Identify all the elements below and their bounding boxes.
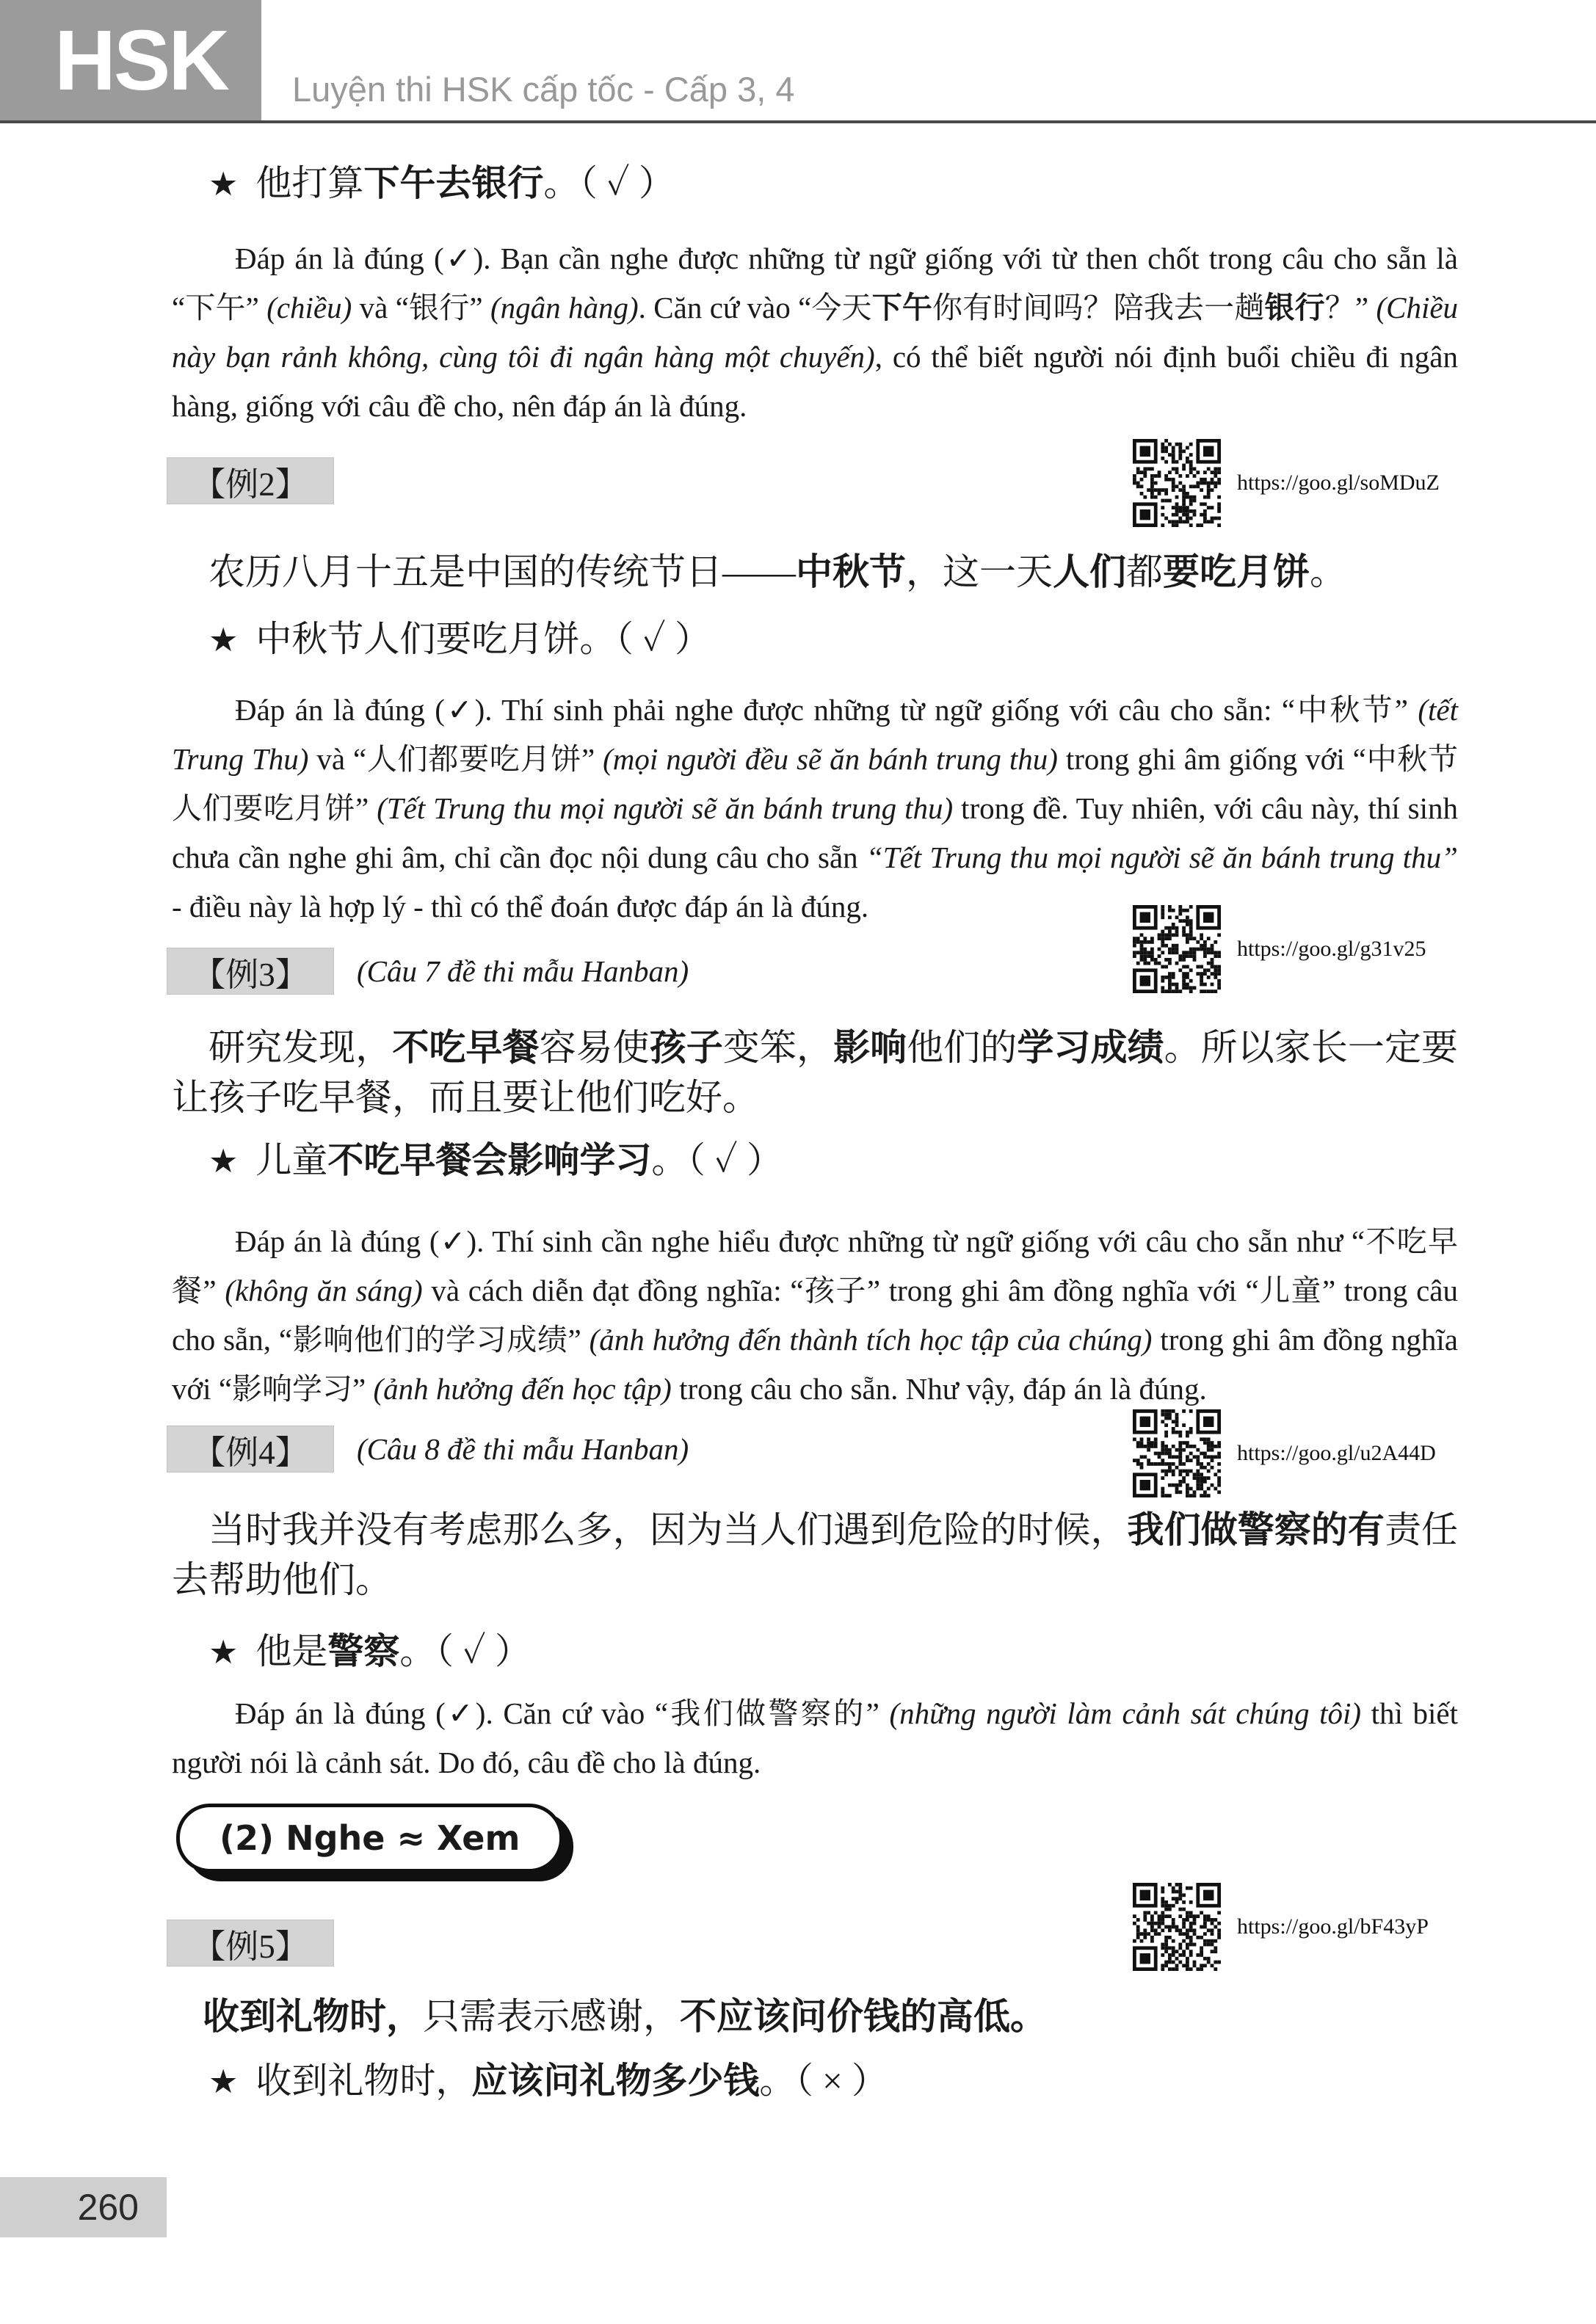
explanation-paragraph: Đáp án là đúng (✓). Căn cứ vào “我们做警察的” … xyxy=(172,1689,1458,1787)
star-icon: ★ xyxy=(208,616,238,665)
listening-script: 研究发现，不吃早餐容易使孩子变笨，影响他们的学习成绩。所以家长一定要让孩子吃早餐… xyxy=(172,1023,1458,1122)
qr-url-text: https://goo.gl/u2A44D xyxy=(1237,1441,1436,1466)
example-5-label: 【例5】 xyxy=(167,1920,334,1967)
example-2-label: 【例2】 xyxy=(167,457,334,504)
qr-code xyxy=(1133,439,1221,527)
example-3-row: 【例3】 (Câu 7 đề thi mẫu Hanban) https://g… xyxy=(172,948,1458,995)
star-icon: ★ xyxy=(208,2058,238,2107)
qr-block: https://goo.gl/bF43yP xyxy=(1133,1883,1429,1971)
true-false-statement: ★儿童不吃早餐会影响学习。（ ✓ ） xyxy=(172,1136,1458,1186)
statement-text: 中秋节人们要吃月饼。（ ✓ ） xyxy=(255,619,711,659)
qr-block: https://goo.gl/g31v25 xyxy=(1133,905,1426,993)
example-label-text: 【例5】 xyxy=(192,1920,308,1967)
explanation-paragraph: Đáp án là đúng (✓). Thí sinh cần nghe hi… xyxy=(172,1217,1458,1414)
qr-code xyxy=(1133,1883,1221,1971)
example-2-row: 【例2】 https://goo.gl/soMDuZ xyxy=(172,457,1458,504)
example-5-row: 【例5】 https://goo.gl/bF43yP xyxy=(172,1920,1458,1967)
explanation-paragraph: Đáp án là đúng (✓). Thí sinh phải nghe đ… xyxy=(172,686,1458,932)
hsk-logo: HSK xyxy=(54,18,228,103)
true-false-statement: ★中秋节人们要吃月饼。（ ✓ ） xyxy=(172,614,1458,665)
header-logo-box: HSK xyxy=(0,0,261,120)
example-label-text: 【例3】 xyxy=(192,948,308,995)
star-icon: ★ xyxy=(208,1137,238,1186)
qr-block: https://goo.gl/soMDuZ xyxy=(1133,439,1440,527)
example-4-label: 【例4】 xyxy=(167,1426,334,1473)
qr-url-text: https://goo.gl/g31v25 xyxy=(1237,937,1426,962)
book-page: HSK Luyện thi HSK cấp tốc - Cấp 3, 4 ★他打… xyxy=(0,0,1596,2324)
qr-url-text: https://goo.gl/soMDuZ xyxy=(1237,471,1440,495)
qr-url-text: https://goo.gl/bF43yP xyxy=(1237,1914,1429,1939)
true-false-statement: ★他是警察。（ ✓ ） xyxy=(172,1627,1458,1677)
listening-script: 收到礼物时，只需表示感谢，不应该问价钱的高低。 xyxy=(172,1991,1458,2041)
listening-script: 当时我并没有考虑那么多，因为当人们遇到危险的时候，我们做警察的有责任去帮助他们。 xyxy=(172,1505,1458,1605)
example-3-label: 【例3】 xyxy=(167,948,334,995)
star-icon: ★ xyxy=(208,160,238,209)
star-icon: ★ xyxy=(208,1628,238,1677)
qr-code xyxy=(1133,905,1221,993)
true-false-statement: ★收到礼物时，应该问礼物多少钱。（ × ） xyxy=(172,2056,1458,2107)
page-content: ★他打算下午去银行。（ ✓ ） Đáp án là đúng (✓). Bạn … xyxy=(172,123,1458,2107)
true-false-statement: ★他打算下午去银行。（ ✓ ） xyxy=(172,159,1458,209)
example-subtitle: (Câu 7 đề thi mẫu Hanban) xyxy=(357,954,689,989)
statement-text: 收到礼物时，应该问礼物多少钱。（ × ） xyxy=(255,2060,888,2101)
book-title: Luyện thi HSK cấp tốc - Cấp 3, 4 xyxy=(292,69,794,110)
statement-text: 儿童不吃早餐会影响学习。（ ✓ ） xyxy=(255,1140,783,1180)
page-number: 260 xyxy=(78,2186,139,2229)
statement-text: 他是警察。（ ✓ ） xyxy=(255,1631,531,1671)
listening-script: 农历八月十五是中国的传统节日——中秋节，这一天人们都要吃月饼。 xyxy=(172,547,1458,597)
section-heading-row: (2) Nghe ≈ Xem xyxy=(172,1804,1458,1873)
example-4-row: 【例4】 (Câu 8 đề thi mẫu Hanban) https://g… xyxy=(172,1426,1458,1473)
example-label-text: 【例2】 xyxy=(192,457,308,505)
qr-code xyxy=(1133,1409,1221,1497)
example-label-text: 【例4】 xyxy=(192,1426,308,1473)
statement-text: 他打算下午去银行。（ ✓ ） xyxy=(255,163,675,203)
example-subtitle: (Câu 8 đề thi mẫu Hanban) xyxy=(357,1431,689,1467)
page-number-box: 260 xyxy=(0,2177,167,2237)
section-heading-pill: (2) Nghe ≈ Xem xyxy=(176,1804,563,1873)
qr-block: https://goo.gl/u2A44D xyxy=(1133,1409,1436,1497)
explanation-paragraph: Đáp án là đúng (✓). Bạn cần nghe được nh… xyxy=(172,234,1458,431)
